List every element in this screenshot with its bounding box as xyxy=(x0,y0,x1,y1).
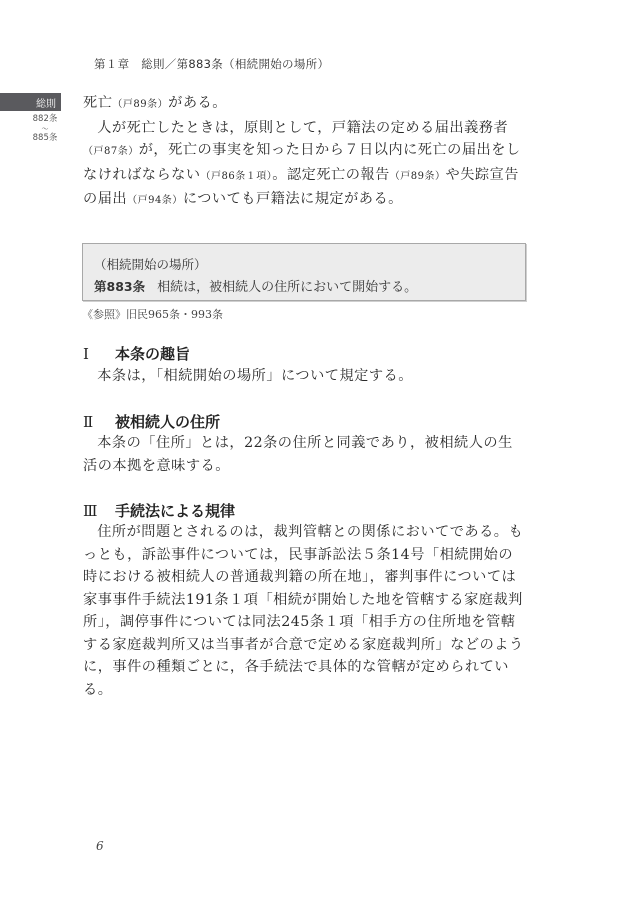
section-numeral: Ⅰ xyxy=(83,345,115,363)
range-end: 885条 xyxy=(30,133,60,144)
section-heading-3: Ⅲ手続法による規律 xyxy=(83,500,235,521)
article-text: 相続は，被相続人の住所において開始する。 xyxy=(157,280,417,295)
section-title: 本条の趣旨 xyxy=(115,345,190,363)
citation: （戸89条） xyxy=(390,171,446,182)
text: がある。 xyxy=(168,95,227,111)
running-head: 第１章 総則／第883条（相続開始の場所） xyxy=(94,56,329,72)
section-body-3: 住所が問題とされるのは，裁判管轄との関係においてである。もっとも，訴訟事件につい… xyxy=(83,521,525,701)
section-body-2: 本条の「住所」とは，22条の住所と同義であり，被相続人の生活の本拠を意味する。 xyxy=(83,432,525,477)
page-number: 6 xyxy=(96,839,104,853)
article-caption: （相続開始の場所） xyxy=(94,255,207,273)
section-numeral: Ⅱ xyxy=(83,413,115,431)
intro-text: 死亡（戸89条）がある。 人が死亡したときは，原則として，戸籍法の定める届出義務… xyxy=(83,92,525,213)
article-number: 第883条 xyxy=(94,279,145,294)
citation: （戸86条１項） xyxy=(201,171,273,182)
side-tab: 総則 xyxy=(0,93,61,111)
section-body-1: 本条は，「相続開始の場所」について規定する。 xyxy=(83,365,525,388)
intro-line: 死亡（戸89条）がある。 xyxy=(83,92,525,117)
side-article-range: 882条 〜 885条 xyxy=(30,114,60,144)
text: 人が死亡したときは，原則として，戸籍法の定める届出義務者 xyxy=(97,120,508,136)
section-numeral: Ⅲ xyxy=(83,502,115,520)
range-separator: 〜 xyxy=(30,125,60,133)
citation: （戸94条） xyxy=(127,195,183,206)
side-tab-label: 総則 xyxy=(36,95,56,110)
reference-note: 《参照》旧民965条・993条 xyxy=(82,306,223,322)
article-text-line: 第883条相続は，被相続人の住所において開始する。 xyxy=(94,276,417,295)
text: についても戸籍法に規定がある。 xyxy=(183,191,403,207)
section-title: 被相続人の住所 xyxy=(115,413,220,431)
section-heading-1: Ⅰ本条の趣旨 xyxy=(83,343,190,364)
section-heading-2: Ⅱ被相続人の住所 xyxy=(83,411,220,432)
range-start: 882条 xyxy=(30,114,60,125)
text: 。認定死亡の報告 xyxy=(272,167,390,183)
article-box: （相続開始の場所） 第883条相続は，被相続人の住所において開始する。 xyxy=(82,243,526,301)
text: 死亡 xyxy=(83,95,112,111)
intro-paragraph: 人が死亡したときは，原則として，戸籍法の定める届出義務者（戸87条）が，死亡の事… xyxy=(83,117,525,213)
section-title: 手続法による規律 xyxy=(115,502,235,520)
citation: （戸87条） xyxy=(83,146,139,157)
citation: （戸89条） xyxy=(112,99,168,110)
